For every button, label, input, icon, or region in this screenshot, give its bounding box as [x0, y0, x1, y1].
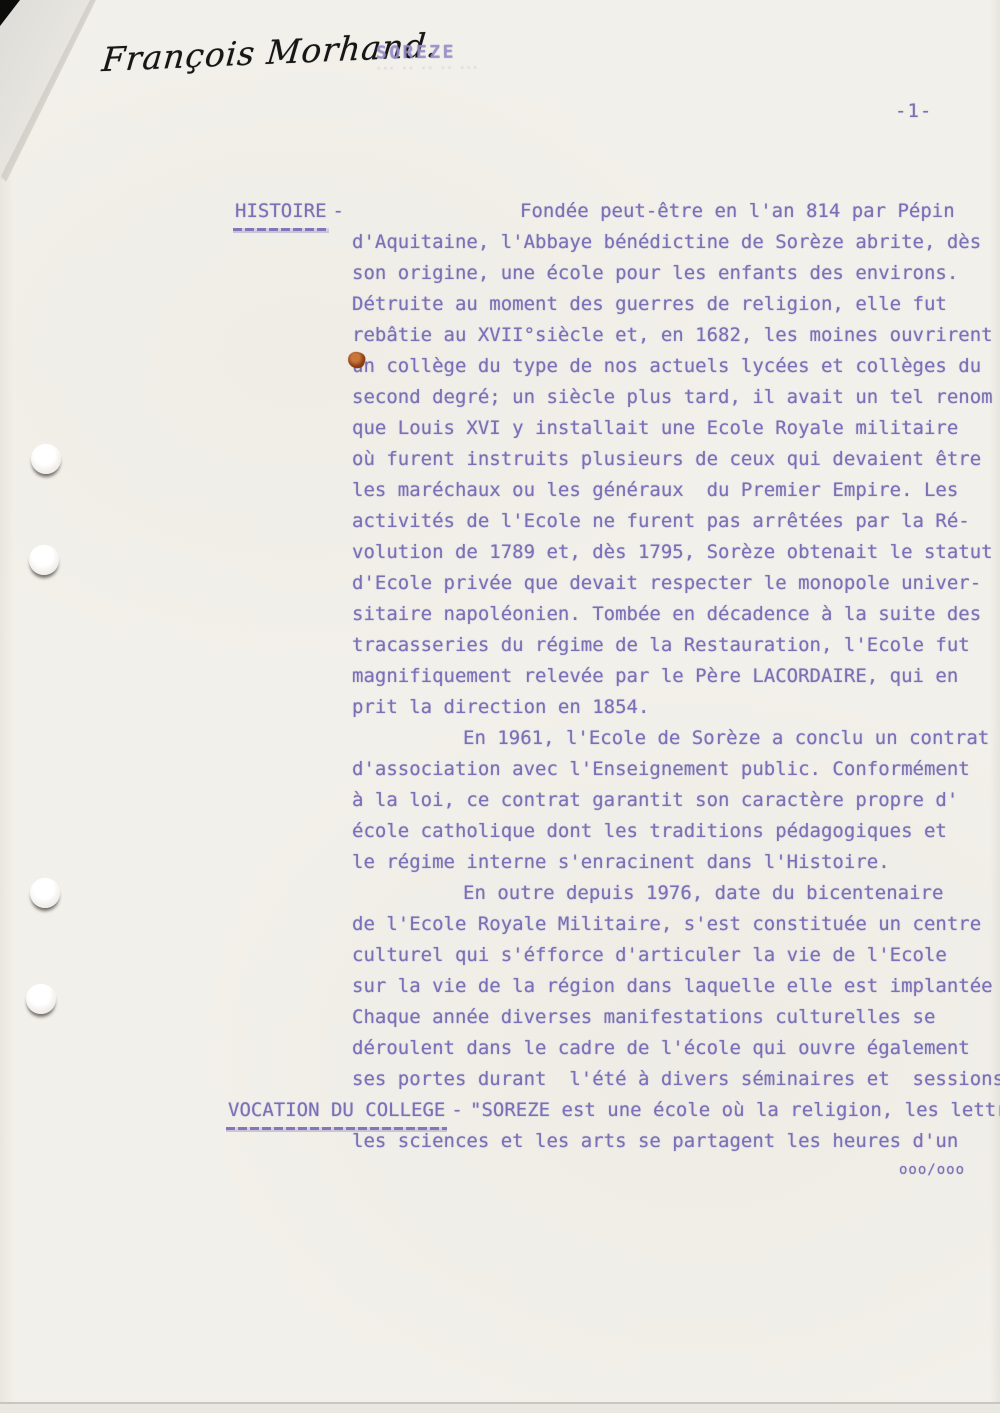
typewritten-text: ses portes durant l'été à divers séminai…: [352, 1068, 1000, 1090]
typewritten-text: où furent instruits plusieurs de ceux qu…: [352, 448, 981, 470]
typewritten-lines: HISTOIRE-Fondée peut-être en l'an 814 pa…: [352, 196, 1000, 1157]
heading-separator: -: [333, 200, 344, 222]
page-bottom-edge: [0, 1402, 1000, 1413]
punch-hole: [29, 545, 59, 575]
typewritten-line: école catholique dont les traditions péd…: [352, 816, 1000, 847]
typewritten-text: rebâtie au XVII°siècle et, en 1682, les …: [352, 324, 993, 346]
page-number: -1-: [895, 100, 932, 122]
typewritten-text: un collège du type de nos actuels lycées…: [352, 355, 981, 377]
typewritten-line: d'association avec l'Enseignement public…: [352, 754, 1000, 785]
typewritten-line: volution de 1789 et, dès 1795, Sorèze ob…: [352, 537, 1000, 568]
typewritten-text: d'association avec l'Enseignement public…: [352, 758, 970, 780]
typewritten-text: En 1961, l'Ecole de Sorèze a conclu un c…: [463, 727, 989, 749]
typewritten-text: déroulent dans le cadre de l'école qui o…: [352, 1037, 970, 1059]
typewritten-line: un collège du type de nos actuels lycées…: [352, 351, 1000, 382]
typewritten-text: Chaque année diverses manifestations cul…: [352, 1006, 935, 1028]
typewritten-line: d'Ecole privée que devait respecter le m…: [352, 568, 1000, 599]
typewritten-text: culturel qui s'éfforce d'articuler la vi…: [352, 944, 947, 966]
typewritten-line: En outre depuis 1976, date du bicentenai…: [352, 878, 1000, 909]
heading-separator: -: [451, 1099, 462, 1121]
typewritten-text: En outre depuis 1976, date du bicentenai…: [463, 882, 943, 904]
typewritten-line: tracasseries du régime de la Restauratio…: [352, 630, 1000, 661]
typewritten-line: magnifiquement relevée par le Père LACOR…: [352, 661, 1000, 692]
typewritten-text: que Louis XVI y installait une Ecole Roy…: [352, 417, 958, 439]
stamp-text: SOREZE: [376, 42, 479, 64]
typewritten-text: les sciences et les arts se partagent le…: [352, 1130, 958, 1152]
typewritten-line: les maréchaux ou les généraux du Premier…: [352, 475, 1000, 506]
typewritten-text: volution de 1789 et, dès 1795, Sorèze ob…: [352, 541, 993, 563]
typewritten-text: de l'Ecole Royale Militaire, s'est const…: [352, 913, 981, 935]
typewritten-line: sitaire napoléonien. Tombée en décadence…: [352, 599, 1000, 630]
typewritten-text: "SOREZE est une école où la religion, le…: [470, 1099, 1000, 1121]
typewritten-text: d'Ecole privée que devait respecter le m…: [352, 572, 981, 594]
typewritten-line: son origine, une école pour les enfants …: [352, 258, 1000, 289]
typewritten-text: prit la direction en 1854.: [352, 696, 649, 718]
typewritten-text: les maréchaux ou les généraux du Premier…: [352, 479, 958, 501]
typewritten-text: sur la vie de la région dans laquelle el…: [352, 975, 993, 997]
folded-corner-sheet: [0, 0, 110, 190]
typewritten-text: le régime interne s'enracinent dans l'Hi…: [352, 851, 890, 873]
soreze-stamp: SOREZE ··· ·· ·· ·· ···: [376, 42, 479, 75]
typewritten-line: rebâtie au XVII°siècle et, en 1682, les …: [352, 320, 1000, 351]
typewritten-line: En 1961, l'Ecole de Sorèze a conclu un c…: [352, 723, 1000, 754]
typewritten-text: sitaire napoléonien. Tombée en décadence…: [352, 603, 981, 625]
typewritten-line: HISTOIRE-Fondée peut-être en l'an 814 pa…: [352, 196, 1000, 227]
typewritten-text: tracasseries du régime de la Restauratio…: [352, 634, 970, 656]
typewritten-line: où furent instruits plusieurs de ceux qu…: [352, 444, 1000, 475]
typewritten-line: culturel qui s'éfforce d'articuler la vi…: [352, 940, 1000, 971]
punch-hole: [30, 878, 60, 908]
section-heading: VOCATION DU COLLEGE-: [228, 1095, 463, 1126]
typewritten-line: sur la vie de la région dans laquelle el…: [352, 971, 1000, 1002]
typewritten-text: second degré; un siècle plus tard, il av…: [352, 386, 993, 408]
typewritten-line: les sciences et les arts se partagent le…: [352, 1126, 1000, 1157]
typewritten-text: Fondée peut-être en l'an 814 par Pépin: [520, 200, 955, 222]
typewritten-text: école catholique dont les traditions péd…: [352, 820, 947, 842]
typewritten-line: Chaque année diverses manifestations cul…: [352, 1002, 1000, 1033]
typewritten-line: activités de l'Ecole ne furent pas arrêt…: [352, 506, 1000, 537]
typewritten-line: Détruite au moment des guerres de religi…: [352, 289, 1000, 320]
punch-hole: [26, 984, 56, 1014]
section-heading-label: VOCATION DU COLLEGE: [228, 1095, 445, 1126]
punch-hole: [31, 444, 61, 474]
typewritten-line: VOCATION DU COLLEGE-"SOREZE est une écol…: [352, 1095, 1000, 1126]
typewritten-line: le régime interne s'enracinent dans l'Hi…: [352, 847, 1000, 878]
typewritten-text: magnifiquement relevée par le Père LACOR…: [352, 665, 958, 687]
continuation-mark: ooo/ooo: [899, 1162, 965, 1178]
typewritten-line: déroulent dans le cadre de l'école qui o…: [352, 1033, 1000, 1064]
typewritten-line: que Louis XVI y installait une Ecole Roy…: [352, 413, 1000, 444]
typewritten-text: son origine, une école pour les enfants …: [352, 262, 958, 284]
typewritten-line: à la loi, ce contrat garantit son caract…: [352, 785, 1000, 816]
stamp-subline: ··· ·· ·· ·· ···: [376, 64, 479, 75]
typewritten-text: activités de l'Ecole ne furent pas arrêt…: [352, 510, 970, 532]
typewritten-line: d'Aquitaine, l'Abbaye bénédictine de Sor…: [352, 227, 1000, 258]
typewritten-line: prit la direction en 1854.: [352, 692, 1000, 723]
section-heading: HISTOIRE-: [235, 196, 344, 227]
typewritten-text: d'Aquitaine, l'Abbaye bénédictine de Sor…: [352, 231, 981, 253]
typewritten-text: à la loi, ce contrat garantit son caract…: [352, 789, 958, 811]
typewritten-line: de l'Ecole Royale Militaire, s'est const…: [352, 909, 1000, 940]
typewritten-line: second degré; un siècle plus tard, il av…: [352, 382, 1000, 413]
section-heading-label: HISTOIRE: [235, 196, 327, 227]
scanned-document-page: { "document": { "handwritten_name": "Fra…: [0, 0, 1000, 1413]
typewritten-text: Détruite au moment des guerres de religi…: [352, 293, 947, 315]
typewritten-line: ses portes durant l'été à divers séminai…: [352, 1064, 1000, 1095]
